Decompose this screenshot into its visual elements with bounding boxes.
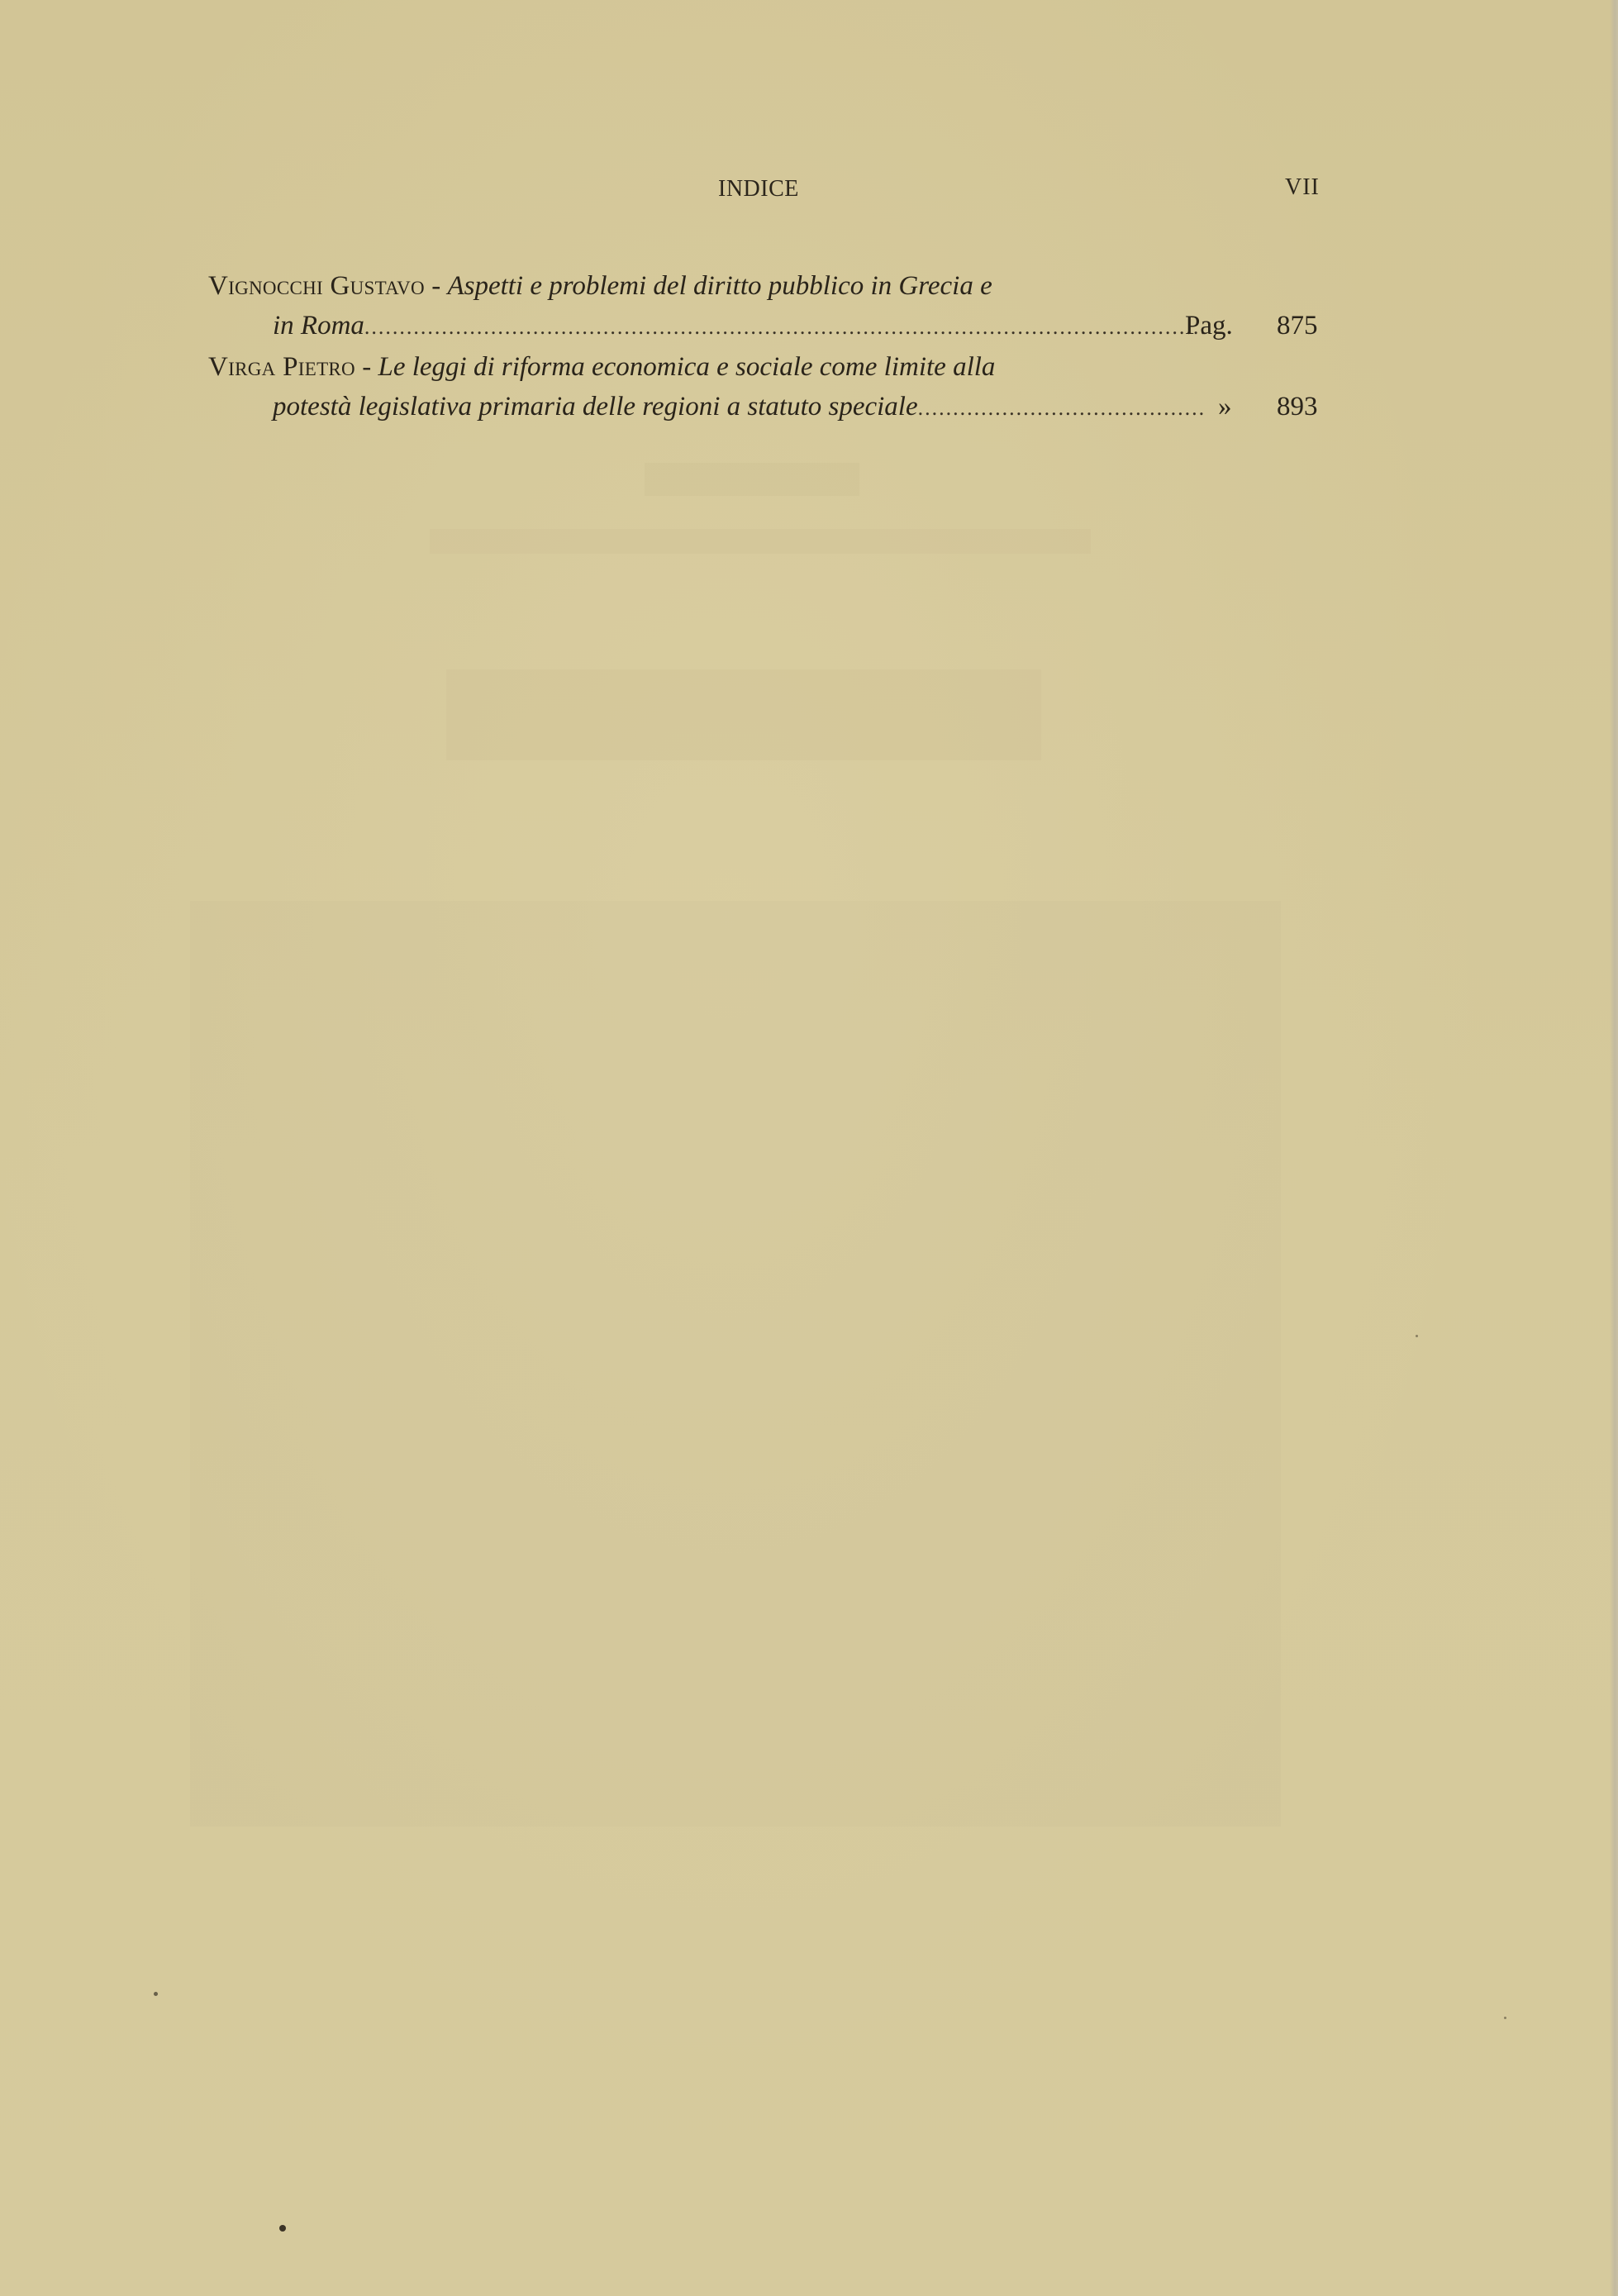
show-through-shadow: [446, 669, 1041, 760]
toc-entry-line-continuation: potestà legislativa primaria delle regio…: [208, 387, 1332, 426]
dust-speck: [279, 2225, 286, 2232]
show-through-shadow: [430, 529, 1091, 554]
running-title: INDICE: [718, 176, 799, 202]
toc-entry: Virga Pietro - Le leggi di riforma econo…: [208, 347, 1332, 426]
toc-page-number: 875: [1277, 306, 1318, 345]
page-edge: [1610, 0, 1618, 2296]
toc-page-label: »: [1218, 387, 1232, 426]
toc-page-number: 893: [1277, 387, 1318, 426]
show-through-shadow: [190, 901, 1281, 1827]
toc-page-label: Pag.: [1185, 306, 1233, 345]
toc-dot-leader: ........................................…: [364, 307, 1206, 347]
toc-title-continuation: in Roma: [273, 306, 364, 345]
show-through-shadow: [645, 463, 859, 496]
toc-entry: Vignocchi Gustavo - Aspetti e problemi d…: [208, 266, 1332, 345]
toc-entry-line: Virga Pietro - Le leggi di riforma econo…: [208, 347, 1332, 387]
table-of-contents: Vignocchi Gustavo - Aspetti e problemi d…: [208, 266, 1332, 428]
toc-separator: -: [355, 352, 378, 382]
book-page: INDICE VII Vignocchi Gustavo - Aspetti e…: [0, 0, 1618, 2296]
toc-author: Vignocchi Gustavo: [208, 271, 425, 301]
page-number-roman: VII: [1285, 174, 1320, 201]
toc-dot-leader: ........................................…: [918, 388, 1206, 428]
toc-title: Aspetti e problemi del diritto pubblico …: [447, 271, 992, 301]
toc-leader-row: in Roma ................................…: [273, 306, 1206, 347]
toc-entry-line-continuation: in Roma ................................…: [208, 306, 1332, 345]
running-head: INDICE VII: [0, 176, 1618, 209]
dust-speck: [1504, 2017, 1506, 2019]
toc-title: Le leggi di riforma economica e sociale …: [378, 352, 995, 382]
toc-author: Virga Pietro: [208, 352, 355, 382]
toc-leader-row: potestà legislativa primaria delle regio…: [273, 387, 1206, 428]
dust-speck: [154, 1992, 158, 1996]
toc-title-continuation: potestà legislativa primaria delle regio…: [273, 387, 918, 426]
toc-entry-line: Vignocchi Gustavo - Aspetti e problemi d…: [208, 266, 1332, 306]
toc-separator: -: [425, 271, 448, 301]
dust-speck: [1416, 1335, 1418, 1337]
